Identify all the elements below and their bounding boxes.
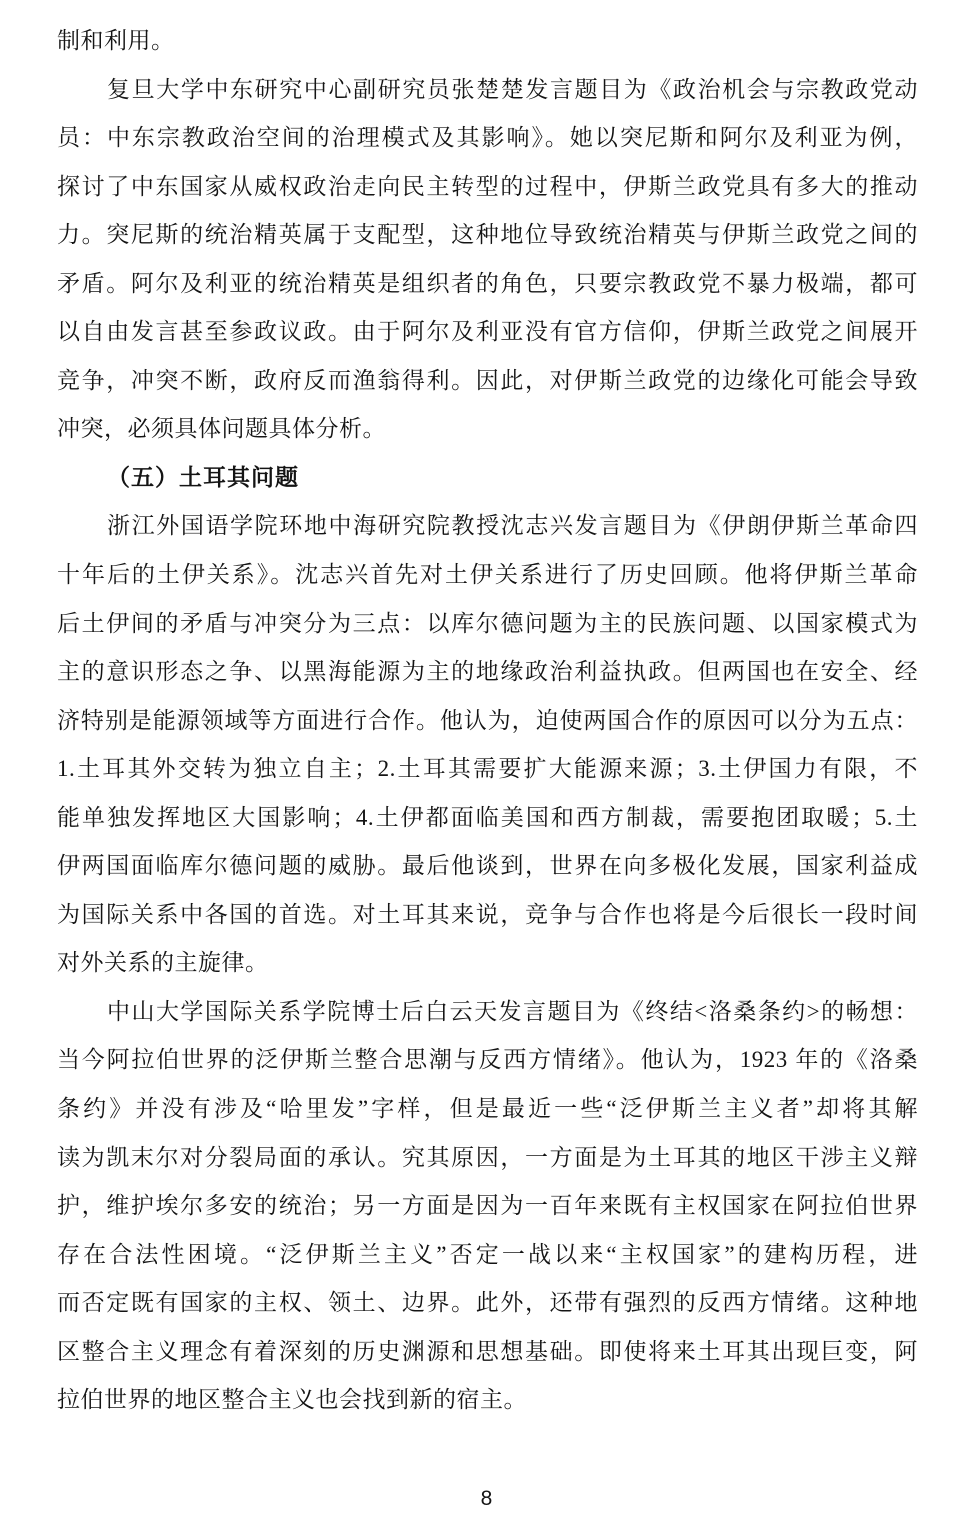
text-line: 伊两国面临库尔德问题的威胁。最后他谈到，世界在向多极化发展，国家利益成 (57, 842, 918, 891)
text-line: 十年后的土伊关系》。沈志兴首先对土伊关系进行了历史回顾。他将伊斯兰革命 (57, 551, 918, 600)
page-number: 8 (0, 1483, 973, 1515)
text-line: 对外关系的主旋律。 (57, 939, 918, 988)
text-line: 1.土耳其外交转为独立自主；2.土耳其需要扩大能源来源；3.土伊国力有限，不 (57, 745, 918, 794)
text-line: 探讨了中东国家从威权政治走向民主转型的过程中，伊斯兰政党具有多大的推动 (57, 163, 918, 212)
text-line: 护，维护埃尔多安的统治；另一方面是因为一百年来既有主权国家在阿拉伯世界 (57, 1182, 918, 1231)
text-line: 员：中东宗教政治空间的治理模式及其影响》。她以突尼斯和阿尔及利亚为例， (57, 114, 918, 163)
text-line: 条约》并没有涉及“哈里发”字样，但是最近一些“泛伊斯兰主义者”却将其解 (57, 1085, 918, 1134)
text-line: 区整合主义理念有着深刻的历史渊源和思想基础。即使将来土耳其出现巨变，阿 (57, 1328, 918, 1377)
text-line: 拉伯世界的地区整合主义也会找到新的宿主。 (57, 1376, 918, 1425)
section-heading: （五）土耳其问题 (57, 454, 918, 503)
text-line: 能单独发挥地区大国影响；4.土伊都面临美国和西方制裁，需要抱团取暖；5.土 (57, 794, 918, 843)
text-line: 复旦大学中东研究中心副研究员张楚楚发言题目为《政治机会与宗教政党动 (57, 66, 918, 115)
text-line: 竞争，冲突不断，政府反而渔翁得利。因此，对伊斯兰政党的边缘化可能会导致 (57, 357, 918, 406)
text-line: 当今阿拉伯世界的泛伊斯兰整合思潮与反西方情绪》。他认为，1923 年的《洛桑 (57, 1036, 918, 1085)
text-line: 而否定既有国家的主权、领土、边界。此外，还带有强烈的反西方情绪。这种地 (57, 1279, 918, 1328)
text-line: 读为凯末尔对分裂局面的承认。究其原因，一方面是为土耳其的地区干涉主义辩 (57, 1134, 918, 1183)
text-line: 制和利用。 (57, 17, 918, 66)
text-line: 浙江外国语学院环地中海研究院教授沈志兴发言题目为《伊朗伊斯兰革命四 (57, 502, 918, 551)
text-line: 中山大学国际关系学院博士后白云天发言题目为《终结<洛桑条约>的畅想： (57, 988, 918, 1037)
text-line: 后土伊间的矛盾与冲突分为三点：以库尔德问题为主的民族问题、以国家模式为 (57, 600, 918, 649)
text-line: 主的意识形态之争、以黑海能源为主的地缘政治利益执政。但两国也在安全、经 (57, 648, 918, 697)
text-line: 矛盾。阿尔及利亚的统治精英是组织者的角色，只要宗教政党不暴力极端，都可 (57, 260, 918, 309)
document-body: 制和利用。复旦大学中东研究中心副研究员张楚楚发言题目为《政治机会与宗教政党动员：… (57, 0, 918, 1425)
text-line: 为国际关系中各国的首选。对土耳其来说，竞争与合作也将是今后很长一段时间 (57, 891, 918, 940)
text-line: 冲突，必须具体问题具体分析。 (57, 405, 918, 454)
text-line: 存在合法性困境。“泛伊斯兰主义”否定一战以来“主权国家”的建构历程，进 (57, 1231, 918, 1280)
text-line: 济特别是能源领域等方面进行合作。他认为，迫使两国合作的原因可以分为五点： (57, 697, 918, 746)
text-line: 以自由发言甚至参政议政。由于阿尔及利亚没有官方信仰，伊斯兰政党之间展开 (57, 308, 918, 357)
text-line: 力。突尼斯的统治精英属于支配型，这种地位导致统治精英与伊斯兰政党之间的 (57, 211, 918, 260)
document-page: 制和利用。复旦大学中东研究中心副研究员张楚楚发言题目为《政治机会与宗教政党动员：… (0, 0, 973, 1534)
